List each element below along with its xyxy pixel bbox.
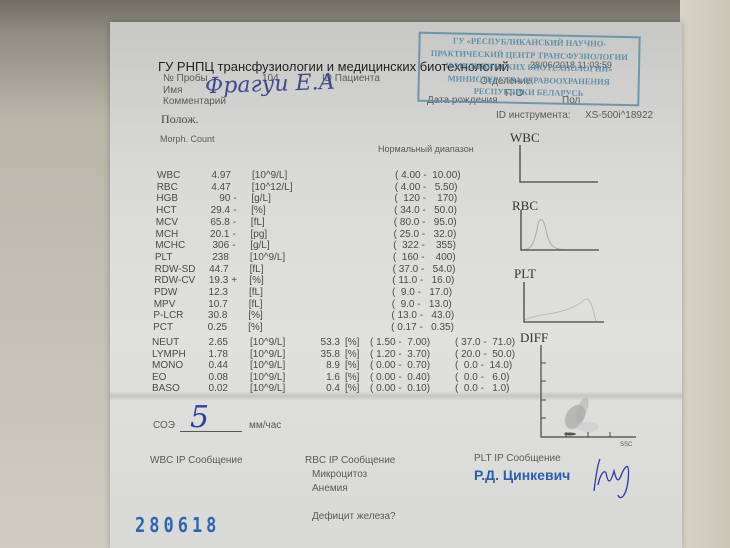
diff-percent-value: 53.3 bbox=[312, 337, 340, 348]
result-unit: [%] bbox=[249, 275, 263, 286]
result-flag: - bbox=[233, 229, 236, 240]
result-unit: [%] bbox=[251, 205, 265, 216]
diff-absolute-range: ( 0.00 - 0.40) bbox=[370, 372, 430, 383]
result-flag: - bbox=[233, 193, 236, 204]
sample-no-label: № Пробы bbox=[163, 74, 208, 84]
result-range: ( 25.0 - 32.0) bbox=[394, 229, 457, 240]
result-name: MPV bbox=[154, 299, 176, 310]
result-range: ( 34.0 - 50.0) bbox=[394, 205, 457, 216]
result-name: RBC bbox=[157, 182, 178, 193]
diff-percent-range: ( 20.0 - 50.0) bbox=[455, 349, 515, 360]
result-value: 4.97 bbox=[201, 170, 231, 181]
result-unit: [10^12/L] bbox=[252, 182, 293, 193]
diff-percent-value: 35.8 bbox=[312, 349, 340, 360]
diff-absolute-value: 0.08 bbox=[200, 372, 228, 383]
result-range: ( 9.0 - 17.0) bbox=[392, 287, 452, 298]
result-name: MCV bbox=[156, 217, 178, 228]
rbc-flag-microcytosis: Микроцитоз bbox=[312, 470, 367, 480]
result-name: P-LCR bbox=[153, 310, 183, 321]
rbc-flag-anemia: Анемия bbox=[312, 484, 348, 494]
result-unit: [10^9/L] bbox=[252, 170, 287, 181]
handwritten-patient-name: Фрагуи Е.А bbox=[205, 70, 336, 100]
position-label: Полож. bbox=[161, 113, 199, 125]
instrument-label: ID инструмента: bbox=[496, 111, 571, 121]
diff-percent-unit: [%] bbox=[345, 337, 359, 348]
result-flag: + bbox=[231, 275, 237, 286]
result-range: ( 80.0 - 95.0) bbox=[394, 217, 457, 228]
diff-percent-unit: [%] bbox=[345, 383, 359, 394]
mode-label: Morph. Count bbox=[160, 135, 215, 144]
result-value: 44.7 bbox=[199, 264, 229, 275]
wbc-ip-message-label: WBC IP Сообщение bbox=[150, 456, 243, 466]
diff-percent-unit: [%] bbox=[345, 372, 359, 383]
esr-label: СОЭ bbox=[153, 421, 175, 431]
result-unit: [%] bbox=[248, 310, 262, 321]
result-unit: [fL] bbox=[250, 264, 264, 275]
diff-x-axis-label: SSC bbox=[620, 442, 633, 448]
diff-percent-range: ( 0.0 - 6.0) bbox=[455, 372, 509, 383]
name-label: Имя bbox=[163, 86, 182, 96]
result-value: 238 bbox=[199, 252, 229, 263]
result-value: 90 bbox=[200, 193, 230, 204]
diff-absolute-value: 1.78 bbox=[200, 349, 228, 360]
rbc-ip-message-label: RBC IP Сообщение bbox=[305, 456, 395, 466]
result-unit: [g/L] bbox=[250, 240, 269, 251]
result-unit: [fL] bbox=[249, 287, 263, 298]
diff-absolute-unit: [10^9/L] bbox=[250, 360, 285, 371]
diff-absolute-unit: [10^9/L] bbox=[250, 349, 285, 360]
diff-percent-value: 8.9 bbox=[312, 360, 340, 371]
diff-name: MONO bbox=[152, 360, 183, 371]
result-range: ( 13.0 - 43.0) bbox=[391, 310, 454, 321]
diff-absolute-value: 0.02 bbox=[200, 383, 228, 394]
result-value: 12.3 bbox=[198, 287, 228, 298]
result-name: RDW-SD bbox=[155, 264, 196, 275]
diff-name: BASO bbox=[152, 383, 180, 394]
result-unit: [fL] bbox=[249, 299, 263, 310]
result-unit: [10^9/L] bbox=[250, 252, 285, 263]
diff-absolute-unit: [10^9/L] bbox=[250, 372, 285, 383]
result-unit: [g/L] bbox=[251, 193, 270, 204]
result-value: 306 bbox=[199, 240, 229, 251]
result-range: ( 160 - 400) bbox=[393, 252, 456, 263]
diff-absolute-range: ( 0.00 - 0.10) bbox=[370, 383, 430, 394]
result-value: 30.8 bbox=[197, 310, 227, 321]
diff-percent-range: ( 0.0 - 14.0) bbox=[455, 360, 512, 371]
result-name: WBC bbox=[157, 170, 180, 181]
diff-absolute-value: 2.65 bbox=[200, 337, 228, 348]
result-value: 20.1 bbox=[200, 229, 230, 240]
result-flag: - bbox=[233, 217, 236, 228]
diff-percent-unit: [%] bbox=[345, 349, 359, 360]
diff-scattergram-title: DIFF bbox=[520, 330, 548, 346]
diff-name: NEUT bbox=[152, 337, 179, 348]
result-name: PDW bbox=[154, 287, 177, 298]
result-value: 10.7 bbox=[198, 299, 228, 310]
plt-histogram bbox=[522, 282, 607, 324]
normal-range-label: Нормальный диапазон bbox=[378, 145, 474, 154]
doctor-name-stamp: Р.Д. Цинкевич bbox=[474, 467, 570, 483]
result-value: 4.47 bbox=[201, 182, 231, 193]
diff-absolute-range: ( 1.20 - 3.70) bbox=[370, 349, 430, 360]
result-range: ( 322 - 355) bbox=[393, 240, 456, 251]
diff-absolute-range: ( 1.50 - 7.00) bbox=[370, 337, 430, 348]
background-edge bbox=[680, 0, 730, 548]
result-range: ( 4.00 - 10.00) bbox=[395, 170, 461, 181]
plt-ip-message-label: PLT IP Сообщение bbox=[474, 454, 561, 464]
result-value: 65.8 bbox=[200, 217, 230, 228]
diff-name: LYMPH bbox=[152, 349, 186, 360]
esr-unit: мм/час bbox=[249, 421, 281, 431]
result-value: 0.25 bbox=[197, 322, 227, 333]
result-flag: - bbox=[232, 240, 235, 251]
result-name: PCT bbox=[153, 322, 173, 333]
diff-absolute-range: ( 0.00 - 0.70) bbox=[370, 360, 430, 371]
result-unit: [pg] bbox=[251, 229, 268, 240]
wbc-histogram-title: WBC bbox=[510, 130, 540, 146]
result-name: PLT bbox=[155, 252, 173, 263]
result-value: 19.3 bbox=[198, 275, 228, 286]
result-range: ( 37.0 - 54.0) bbox=[393, 264, 456, 275]
rbc-histogram bbox=[519, 210, 604, 252]
result-name: MCHC bbox=[155, 240, 185, 251]
doctor-signature bbox=[590, 455, 640, 505]
instrument-id: XS-500i^18922 bbox=[585, 111, 653, 121]
diff-scattergram: SSC bbox=[530, 345, 640, 445]
result-range: ( 9.0 - 13.0) bbox=[392, 299, 452, 310]
result-name: HGB bbox=[156, 193, 178, 204]
result-range: ( 11.0 - 16.0) bbox=[392, 275, 454, 286]
diff-percent-unit: [%] bbox=[345, 360, 359, 371]
diff-name: EO bbox=[152, 372, 166, 383]
diff-absolute-unit: [10^9/L] bbox=[250, 337, 285, 348]
result-unit: [fL] bbox=[251, 217, 265, 228]
result-name: RDW-CV bbox=[154, 275, 195, 286]
plt-histogram-title: PLT bbox=[514, 266, 536, 282]
diff-percent-range: ( 37.0 - 71.0) bbox=[455, 337, 515, 348]
diff-percent-value: 0.4 bbox=[312, 383, 340, 394]
diff-absolute-value: 0.44 bbox=[200, 360, 228, 371]
result-range: ( 120 - 170) bbox=[394, 193, 457, 204]
diff-percent-range: ( 0.0 - 1.0) bbox=[455, 383, 509, 394]
result-value: 29.4 bbox=[200, 205, 230, 216]
result-name: HCT bbox=[156, 205, 177, 216]
wbc-histogram bbox=[518, 145, 603, 185]
diff-absolute-unit: [10^9/L] bbox=[250, 383, 285, 394]
date-number-stamp: 280618 bbox=[135, 514, 220, 538]
result-name: MCH bbox=[156, 229, 179, 240]
institution-stamp: ГУ «РЕСПУБЛИКАНСКИЙ НАУЧНО- ПРАКТИЧЕСКИЙ… bbox=[417, 32, 640, 107]
result-range: ( 0.17 - 0.35) bbox=[391, 322, 454, 333]
esr-handwritten-value: 5 bbox=[190, 400, 209, 435]
result-unit: [%] bbox=[248, 322, 262, 333]
rbc-question-iron-deficiency: Дефицит железа? bbox=[312, 512, 396, 522]
result-flag: - bbox=[233, 205, 236, 216]
diff-percent-value: 1.6 bbox=[312, 372, 340, 383]
result-range: ( 4.00 - 5.50) bbox=[395, 182, 458, 193]
